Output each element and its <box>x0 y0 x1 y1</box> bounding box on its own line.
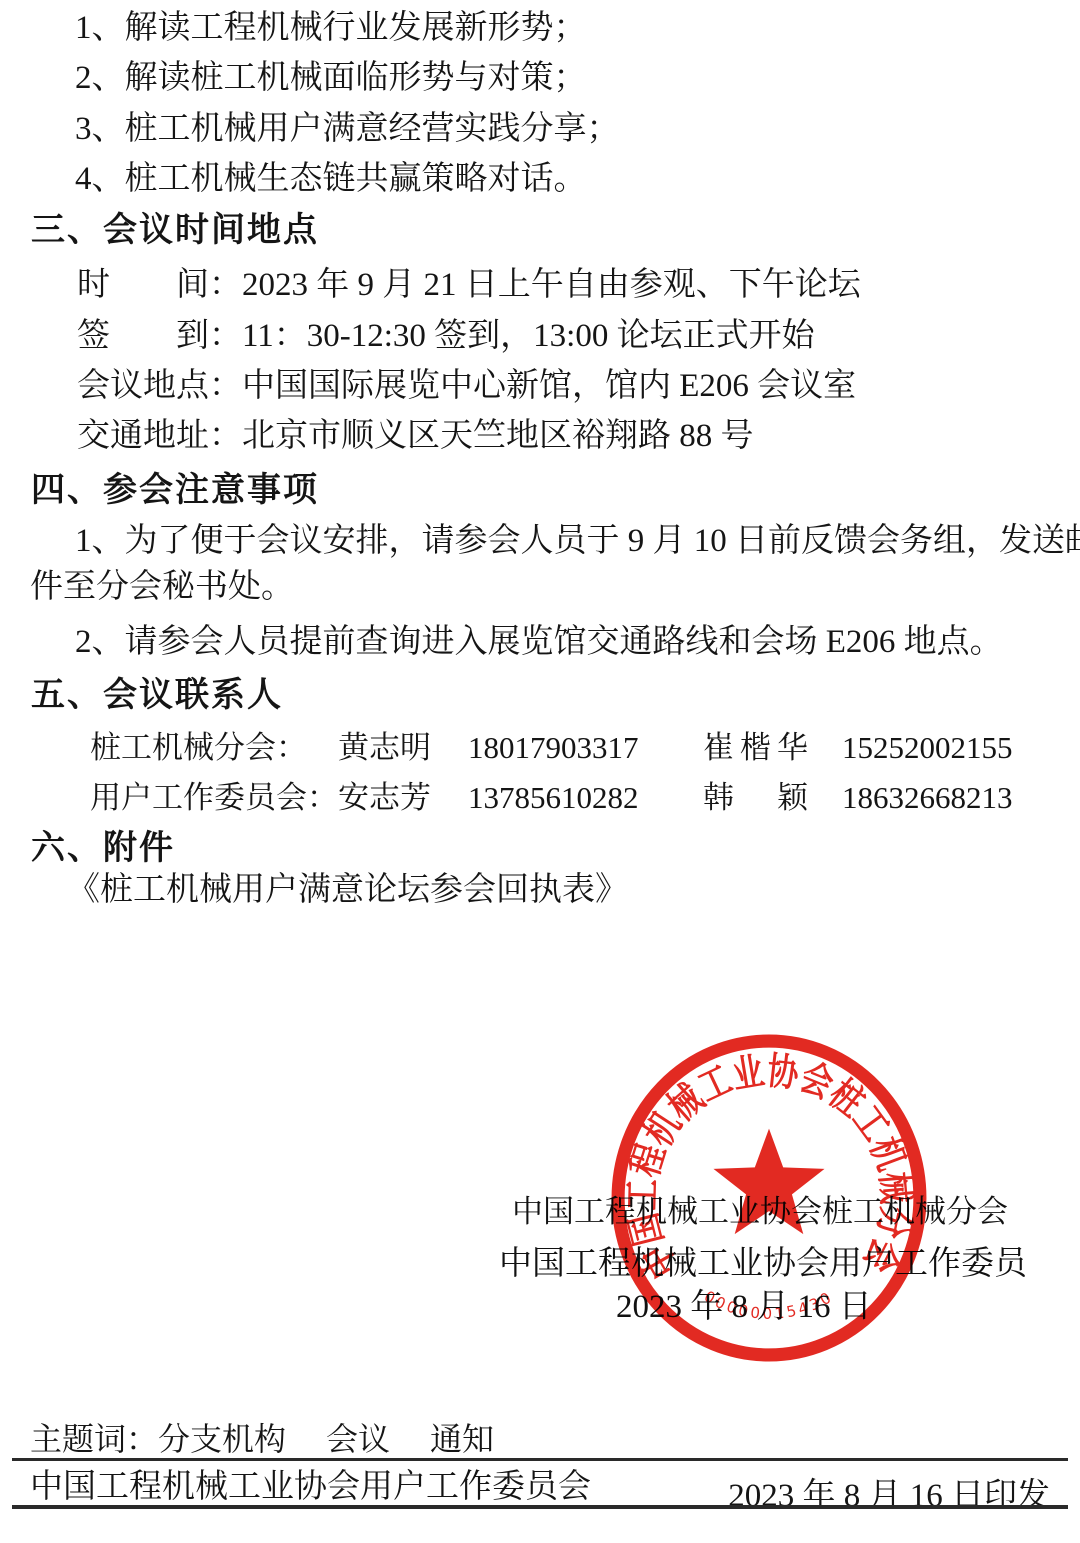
signin-time-line: 签 到：11：30-12:30 签到，13:00 论坛正式开始 <box>77 318 815 356</box>
agenda-item-4: 4、桩工机械生态链共赢策略对话。 <box>75 161 587 199</box>
agenda-item-1: 1、解读工程机械行业发展新形势； <box>75 10 587 48</box>
agenda-item-3: 3、桩工机械用户满意经营实践分享； <box>75 111 620 149</box>
section5-heading: 五、会议联系人 <box>31 676 283 715</box>
subject-keywords: 主题词：分支机构 会议 通知 <box>30 1421 494 1458</box>
contact2-name1: 安志芳 <box>338 780 431 816</box>
attachment-title: 《桩工机械用户满意论坛参会回执表》 <box>67 872 628 910</box>
contact1-name1: 黄志明 <box>338 730 431 766</box>
section4-heading: 四、参会注意事项 <box>31 471 319 510</box>
contact2-org: 用户工作委员会： <box>90 780 338 816</box>
section3-heading: 三、会议时间地点 <box>31 211 319 250</box>
contact-row-2: 用户工作委员会： 安志芳 13785610282 韩 颖 18632668213 <box>0 780 1080 826</box>
note1-line1: 1、为了便于会议安排，请参会人员于 9 月 10 日前反馈会务组，发送邮 <box>75 523 1080 561</box>
contact2-phone1: 13785610282 <box>468 780 639 816</box>
contact1-phone1: 18017903317 <box>468 730 639 766</box>
seal-serial-number: 00000015430 <box>701 1287 837 1323</box>
agenda-item-2: 2、解读桩工机械面临形势与对策； <box>75 60 587 98</box>
contact1-name2: 崔楷华 <box>703 730 814 766</box>
footer-divider-bottom <box>12 1505 1068 1509</box>
seal-star-icon <box>713 1129 824 1235</box>
meeting-venue-line: 会议地点：中国国际展览中心新馆，馆内 E206 会议室 <box>77 368 856 406</box>
meeting-time-line: 时 间：2023 年 9 月 21 日上午自由参观、下午论坛 <box>77 267 861 305</box>
section6-heading: 六、附件 <box>31 829 175 868</box>
contact2-phone2: 18632668213 <box>842 780 1013 816</box>
note2-line: 2、请参会人员提前查询进入展览馆交通路线和会场 E206 地点。 <box>75 624 1003 662</box>
traffic-address-line: 交通地址：北京市顺义区天竺地区裕翔路 88 号 <box>77 418 754 456</box>
note1-line2: 件至分会秘书处。 <box>30 569 294 607</box>
document-page: 1、解读工程机械行业发展新形势； 2、解读桩工机械面临形势与对策； 3、桩工机械… <box>0 0 1080 1543</box>
footer-divider-top <box>12 1458 1068 1461</box>
footer-issuer: 中国工程机械工业协会用户工作委员会 <box>30 1469 591 1507</box>
contact1-org: 桩工机械分会： <box>90 730 307 766</box>
contact-row-1: 桩工机械分会： 黄志明 18017903317 崔楷华 15252002155 <box>0 730 1080 776</box>
contact2-name2: 韩 颖 <box>703 780 814 816</box>
contact1-phone2: 15252002155 <box>842 730 1013 766</box>
official-seal-stamp: 中国工程机械工业协会桩工机械分会 00000015430 <box>608 1032 930 1364</box>
